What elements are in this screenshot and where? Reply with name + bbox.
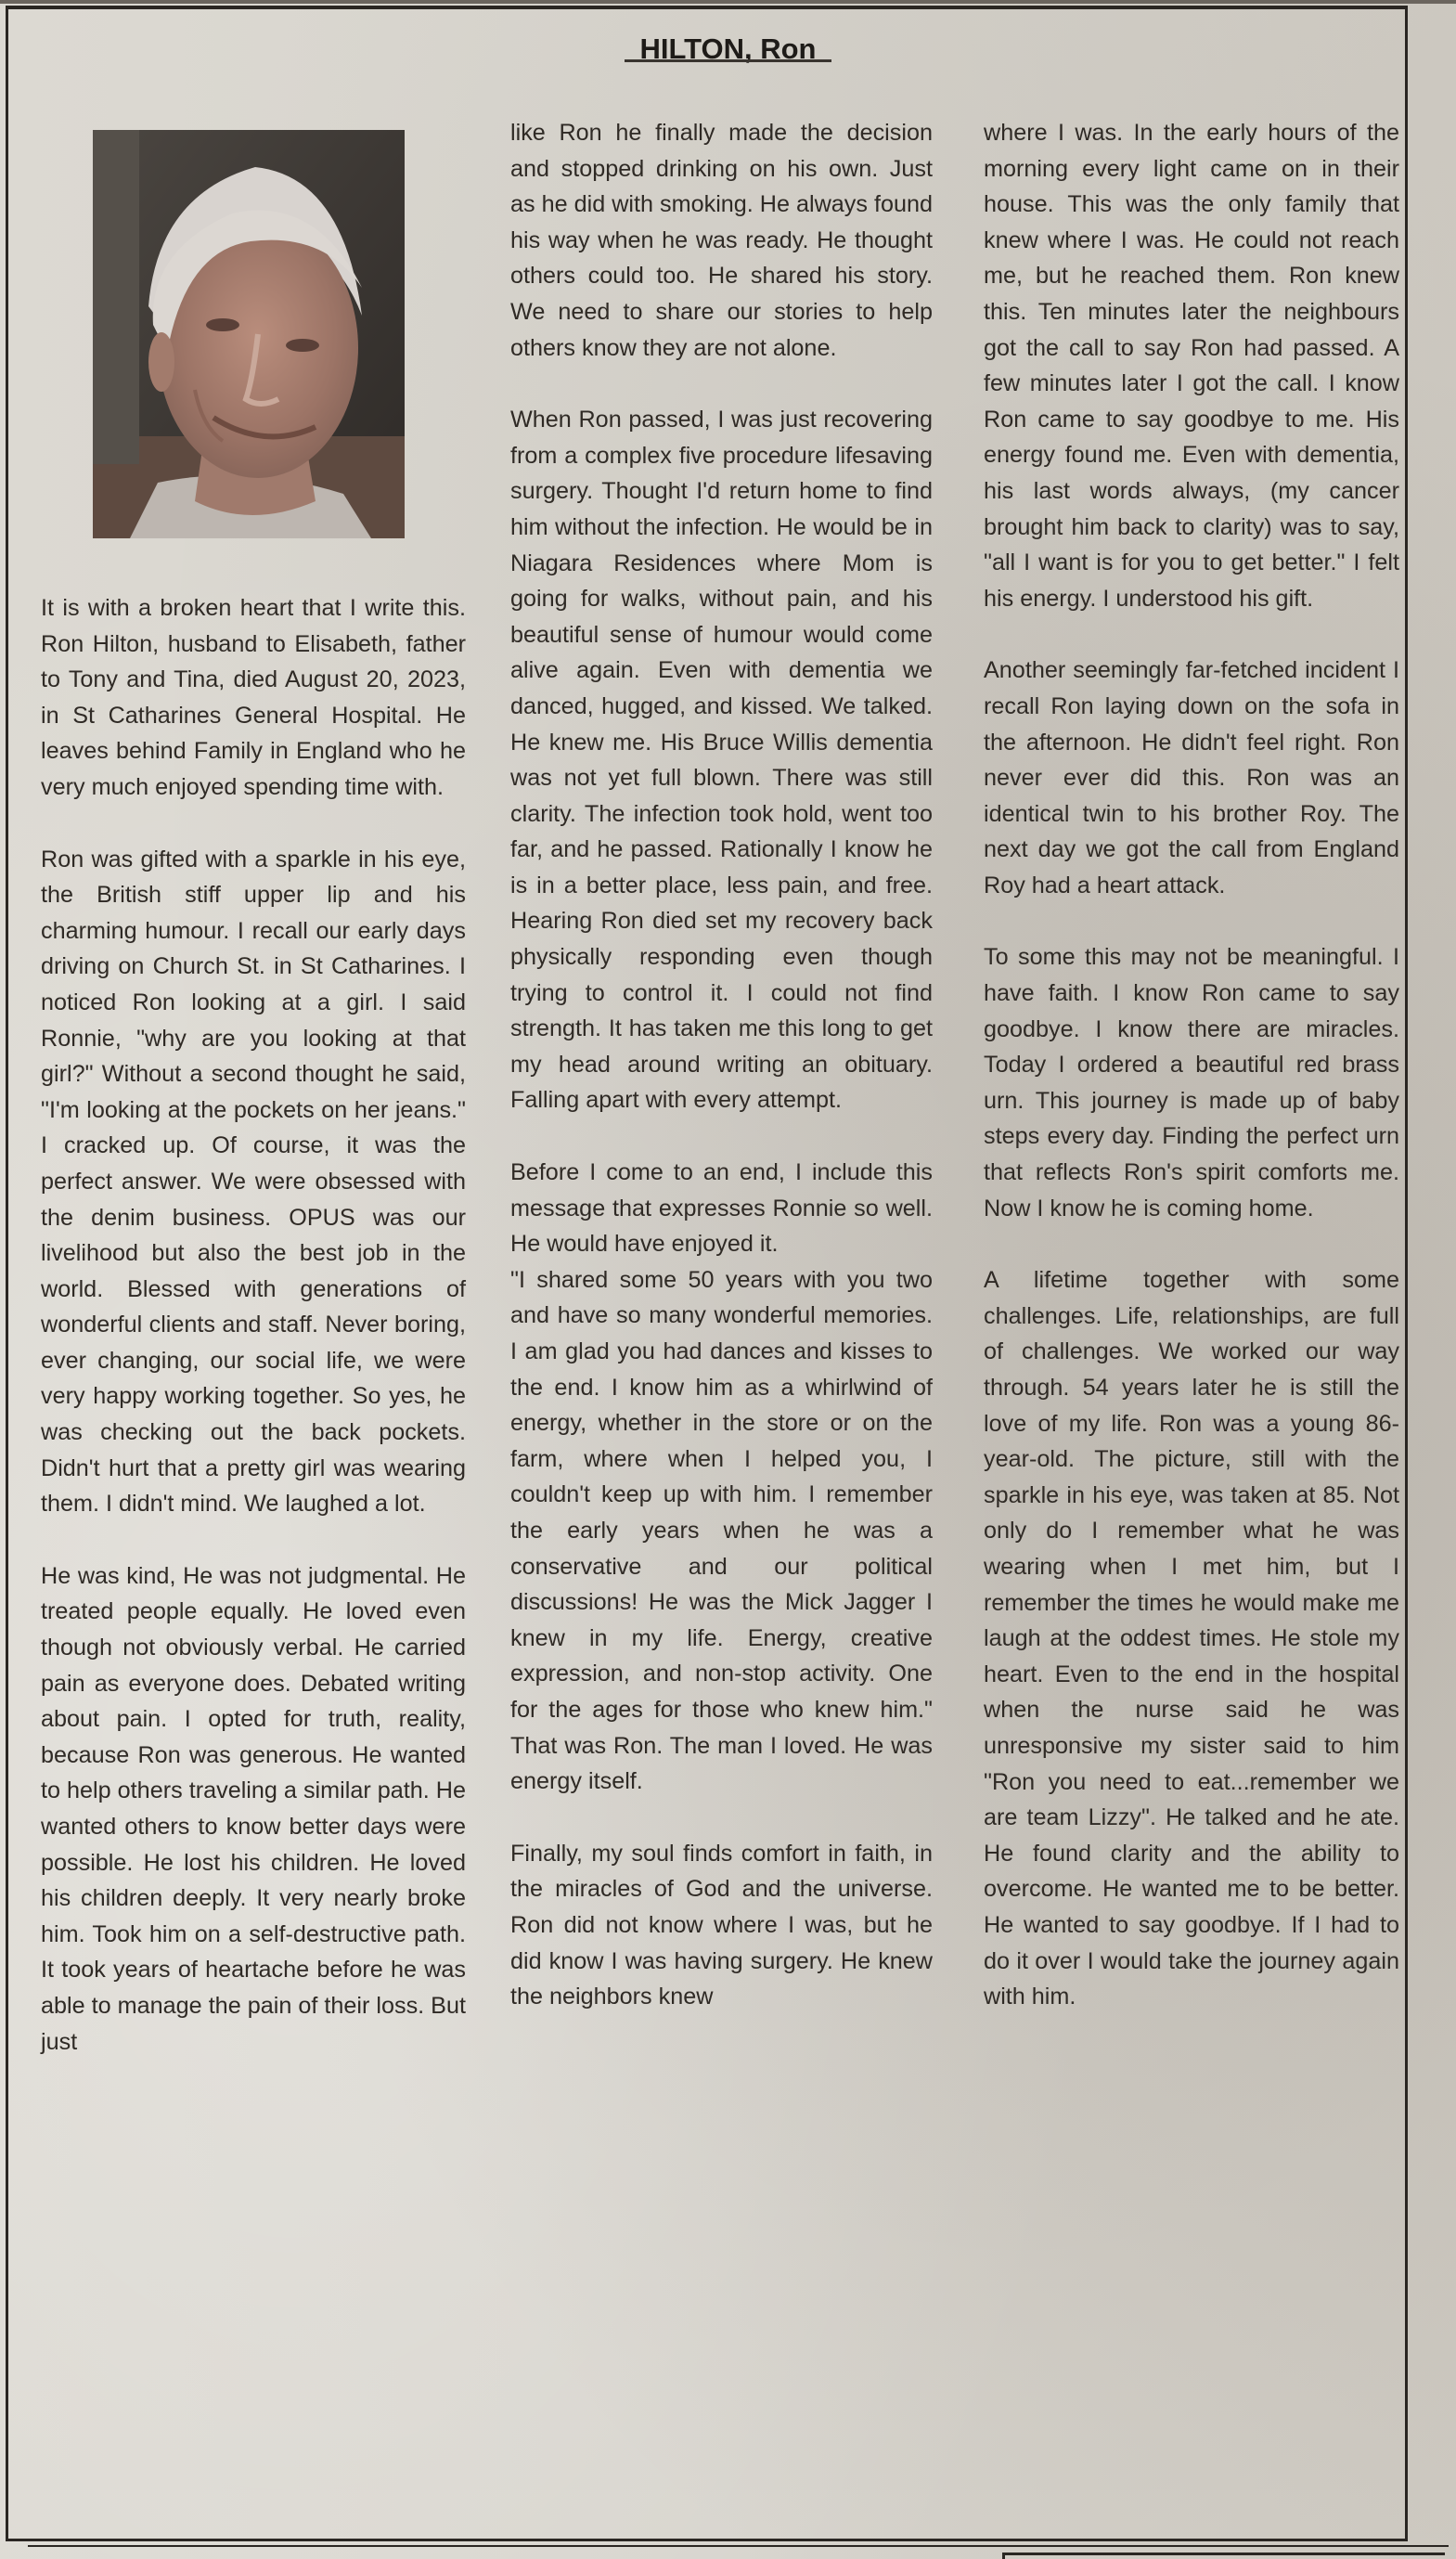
paragraph: Finally, my soul finds comfort in faith,… <box>510 1836 933 2015</box>
portrait-image-icon <box>93 130 405 538</box>
paragraph: When Ron passed, I was just recovering f… <box>510 402 933 1118</box>
paragraph: Ron was gifted with a sparkle in his eye… <box>41 842 466 1522</box>
quoted-message: "I shared some 50 years with you two and… <box>510 1262 933 1800</box>
paragraph: where I was. In the early hours of the m… <box>984 115 1399 616</box>
paragraph: It is with a broken heart that I write t… <box>41 590 466 806</box>
portrait-photo <box>93 130 405 538</box>
paragraph: To some this may not be meaningful. I ha… <box>984 939 1399 1226</box>
column-left: It is with a broken heart that I write t… <box>41 590 466 2060</box>
column-right: where I was. In the early hours of the m… <box>984 115 1399 2015</box>
bottom-rule <box>28 2545 1449 2547</box>
title-underline <box>625 59 831 62</box>
paragraph: A lifetime together with some challenges… <box>984 1262 1399 2014</box>
paragraph: like Ron he finally made the decision an… <box>510 115 933 366</box>
paragraph: Before I come to an end, I include this … <box>510 1155 933 1262</box>
paragraph: Another seemingly far-fetched incident I… <box>984 653 1399 903</box>
next-notice-edge <box>1002 2553 1445 2559</box>
page-top-edge <box>0 0 1456 4</box>
column-middle: like Ron he finally made the decision an… <box>510 115 933 2015</box>
paragraph: He was kind, He was not judgmental. He t… <box>41 1558 466 2060</box>
